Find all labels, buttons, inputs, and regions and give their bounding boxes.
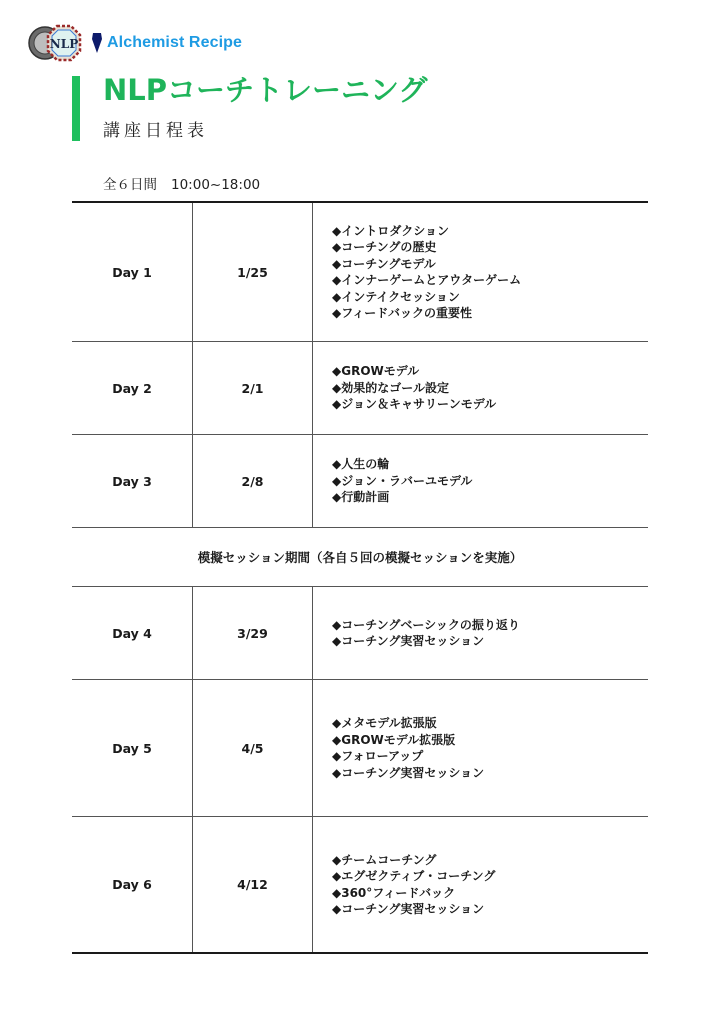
table-row-day-4: Day 4 3/29 ◆コーチングベーシックの振り返り ◆コーチング実習セッショ… [72, 587, 648, 680]
course-time: 10:00~18:00 [171, 177, 260, 193]
table-row-day-6: Day 6 4/12 ◆チームコーチング ◆エグゼクティブ・コーチング ◆360… [72, 817, 648, 952]
topic-item: ◆行動計画 [332, 489, 648, 506]
date-label: 4/12 [193, 817, 313, 952]
topic-item: ◆コーチングの歴史 [332, 239, 648, 256]
date-label: 2/8 [193, 435, 313, 527]
topic-item: ◆エグゼクティブ・コーチング [332, 868, 648, 885]
topics-list: ◆GROWモデル ◆効果的なゴール設定 ◆ジョン＆キャサリーンモデル [313, 342, 648, 434]
topic-item: ◆ジョン＆キャサリーンモデル [332, 396, 648, 413]
topics-list: ◆メタモデル拡張版 ◆GROWモデル拡張版 ◆フォローアップ ◆コーチング実習セ… [313, 680, 648, 816]
day-label: Day 1 [72, 203, 193, 341]
topics-list: ◆コーチングベーシックの振り返り ◆コーチング実習セッション [313, 587, 648, 679]
brand-name: Alchemist Recipe [107, 34, 242, 52]
topic-item: ◆フォローアップ [332, 748, 648, 765]
table-row-day-3: Day 3 2/8 ◆人生の輪 ◆ジョン・ラバーユモデル ◆行動計画 [72, 435, 648, 528]
day-label: Day 2 [72, 342, 193, 434]
date-label: 2/1 [193, 342, 313, 434]
topic-item: ◆インナーゲームとアウターゲーム [332, 272, 648, 289]
brand: Alchemist Recipe [92, 32, 242, 54]
schedule-table: Day 1 1/25 ◆イントロダクション ◆コーチングの歴史 ◆コーチングモデ… [72, 201, 648, 954]
topic-item: ◆コーチング実習セッション [332, 765, 648, 782]
table-row-day-1: Day 1 1/25 ◆イントロダクション ◆コーチングの歴史 ◆コーチングモデ… [72, 203, 648, 342]
topic-item: ◆GROWモデル [332, 363, 648, 380]
topic-item: ◆ジョン・ラバーユモデル [332, 473, 648, 490]
day-label: Day 4 [72, 587, 193, 679]
topic-item: ◆コーチング実習セッション [332, 901, 648, 918]
topic-item: ◆コーチング実習セッション [332, 633, 648, 650]
topic-item: ◆コーチングモデル [332, 256, 648, 273]
topic-item: ◆イントロダクション [332, 223, 648, 240]
topic-item: ◆GROWモデル拡張版 [332, 732, 648, 749]
day-label: Day 5 [72, 680, 193, 816]
topic-item: ◆フィードバックの重要性 [332, 305, 648, 322]
mock-session-period: 模擬セッション期間（各自５回の模擬セッションを実施） [72, 528, 648, 587]
page-subtitle: 講座日程表 [103, 116, 208, 141]
day-label: Day 3 [72, 435, 193, 527]
svg-text:NLP: NLP [50, 37, 78, 51]
nlp-logo: NLP [27, 20, 83, 66]
topics-list: ◆チームコーチング ◆エグゼクティブ・コーチング ◆360°フィードバック ◆コ… [313, 817, 648, 952]
page-title: NLPコーチトレーニング [103, 68, 427, 109]
topic-item: ◆人生の輪 [332, 456, 648, 473]
title-accent-bar [72, 76, 80, 141]
topic-item: ◆効果的なゴール設定 [332, 380, 648, 397]
topic-item: ◆インテイクセッション [332, 289, 648, 306]
date-label: 4/5 [193, 680, 313, 816]
gem-icon [92, 33, 102, 53]
day-label: Day 6 [72, 817, 193, 952]
course-duration: 全６日間 [103, 177, 157, 193]
topics-list: ◆イントロダクション ◆コーチングの歴史 ◆コーチングモデル ◆インナーゲームと… [313, 203, 648, 341]
topic-item: ◆コーチングベーシックの振り返り [332, 617, 648, 634]
date-label: 3/29 [193, 587, 313, 679]
topics-list: ◆人生の輪 ◆ジョン・ラバーユモデル ◆行動計画 [313, 435, 648, 527]
topic-item: ◆メタモデル拡張版 [332, 715, 648, 732]
date-label: 1/25 [193, 203, 313, 341]
table-row-day-2: Day 2 2/1 ◆GROWモデル ◆効果的なゴール設定 ◆ジョン＆キャサリー… [72, 342, 648, 435]
topic-item: ◆360°フィードバック [332, 885, 648, 902]
topic-item: ◆チームコーチング [332, 852, 648, 869]
table-row-day-5: Day 5 4/5 ◆メタモデル拡張版 ◆GROWモデル拡張版 ◆フォローアップ… [72, 680, 648, 817]
schedule-summary: 全６日間10:00~18:00 [103, 173, 260, 193]
